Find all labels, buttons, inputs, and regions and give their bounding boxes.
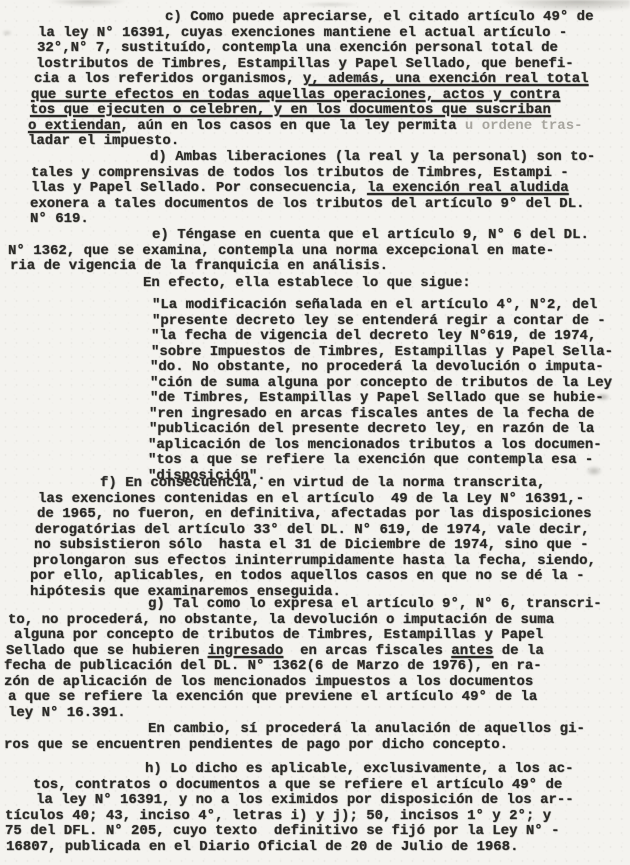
document-line: "do. No obstante, no procederá la devolu… [0,360,630,376]
document-line: to, no procederá, no obstante, la devolu… [0,613,630,629]
scan-smudge [48,0,128,7]
paragraph-c: c) Como puede apreciarse, el citado artí… [0,10,630,150]
document-line: tos que ejecuten o celebren, y en los do… [0,103,630,119]
document-line: por ello, aplicables, en todos aquellos … [0,569,630,585]
underlined-text: tos que ejecuten o celebren, y en los do… [30,102,551,118]
document-line: alguna por concepto de tributos de Timbr… [0,628,630,644]
document-line: llas y Papel Sellado. Por consecuencia, … [0,181,630,197]
document-line: N° 619. [0,212,630,228]
paragraph-f: f) En consecuencia, en virtud de la norm… [0,476,630,600]
quoted-provision: "La modificación señalada en el artículo… [0,298,630,484]
document-line: N° 1362, que se examina, contempla una n… [0,244,630,260]
text-segment: llas y Papel Sellado. Por consecuencia, [31,180,367,196]
text-segment: u ordene tras- [465,118,583,134]
text-segment: las exenciones contenidas en el artículo… [38,491,584,507]
text-segment: "de Timbres, Estampillas y Papel Sellado… [150,390,604,406]
text-segment: tículos 40; 43, inciso 4°, letras i) y j… [5,808,551,824]
text-segment: fecha de publicación del DL. N° 1362(6 d… [4,658,542,674]
text-segment: "presente decreto ley se entenderá regir… [152,313,606,329]
text-segment: 75 del DFL. N° 205, cuyo texto definitiv… [5,823,560,839]
text-segment: por ello, aplicables, en todos aquellos … [30,568,585,584]
document-line: exonera a tales documentos de los tribut… [0,197,630,213]
document-line: e) Téngase en cuenta que el artículo 9, … [0,228,630,244]
document-line: prolongaron sus efectos ininterrumpidame… [0,554,630,570]
document-line: "ren ingresado en arcas fiscales antes d… [0,407,630,423]
document-line: tículos 40; 43, inciso 4°, letras i) y j… [0,809,630,825]
document-line: zón de aplicación de los mencionados imp… [0,675,630,691]
document-line: "sobre Impuestos de Timbres, Estampillas… [0,345,630,361]
document-line: Sellado que se hubieren ingresado en arc… [0,644,630,660]
document-line: lostributos de Timbres, Estampillas y Pa… [0,57,630,73]
document-line: 16807, publicada en el Diario Oficial de… [0,840,630,856]
document-line: la ley N° 16391, y no a los eximidos por… [0,793,630,809]
text-segment: la ley N° 16391, cuyas exenciones mantie… [38,25,567,41]
text-segment: tales y comprensivas de todos los tribut… [31,165,569,181]
text-segment: de 1965, no fueron, en definitiva, afect… [37,506,592,522]
text-segment: prolongaron sus efectos ininterrumpidame… [33,553,596,569]
text-segment: g) Tal como lo expresa el artículo 9°, N… [148,596,602,612]
text-segment: exonera a tales documentos de los tribut… [30,196,585,212]
document-line: derogatórias del artículo 33° del DL. N°… [0,523,630,539]
text-segment: "ción de suma alguna por concepto de tri… [150,375,612,391]
underlined-text: antes [451,643,493,659]
text-segment: de la [493,643,543,659]
text-segment: c) Como puede apreciarse, el citado artí… [165,9,593,25]
text-segment: Sellado que se hubieren [6,643,208,659]
text-segment: zón de aplicación de los mencionados imp… [4,674,533,690]
text-segment: en arcas fiscales [283,643,451,659]
document-line: "aplicación de los mencionados tributos … [0,438,630,454]
text-segment: "la fecha de vigencia del decreto ley N°… [151,328,596,344]
text-segment: a que se refiere la exención que previen… [8,689,537,705]
document-line: a que se refiere la exención que previen… [0,690,630,706]
text-segment: ria de vigencia de la franquicia en anál… [10,258,388,274]
text-segment: no subsistieron sólo hasta el 31 de Dici… [34,537,589,553]
text-segment: lostributos de Timbres, Estampillas y Pa… [36,56,574,72]
text-segment: d) Ambas liberaciones (la real y la pers… [150,149,595,165]
text-segment: f) En consecuencia, en virtud de la norm… [100,475,545,491]
paragraph-h: h) Lo dicho es aplicable, exclusivamente… [0,762,630,855]
paragraph-en-cambio: En cambio, sí procederá la anulación de … [0,722,630,753]
text-segment: "tos a que se refiere la exención que co… [148,452,593,468]
document-line: tos, contratos o documentos a que se ref… [0,778,630,794]
text-segment: , aún en los casos en que la ley permita [120,118,464,134]
document-line: cia a los referidos organismos, y, ademá… [0,72,630,88]
text-segment: ley N° 16.391. [8,705,126,721]
document-line: g) Tal como lo expresa el artículo 9°, N… [0,597,630,613]
text-segment: ladar el impuesto. [28,133,179,149]
underlined-text: y, además, una exención real total [303,71,589,87]
document-line: no subsistieron sólo hasta el 31 de Dici… [0,538,630,554]
underlined-text: o extiendan [28,118,120,134]
document-line: 32°,N° 7, sustituído, contempla una exen… [0,41,630,57]
intro-line: En efecto, ella establece lo que sigue: [0,276,630,292]
document-line: ria de vigencia de la franquicia en anál… [0,259,630,275]
paragraph-g: g) Tal como lo expresa el artículo 9°, N… [0,597,630,721]
document-line: f) En consecuencia, en virtud de la norm… [0,476,630,492]
text-segment: En efecto, ella establece lo que sigue: [143,275,471,291]
text-segment: En cambio, sí procederá la anulación de … [148,721,585,737]
document-line: En efecto, ella establece lo que sigue: [0,276,630,292]
paragraph-e: e) Téngase en cuenta que el artículo 9, … [0,228,630,275]
text-segment: "do. No obstante, no procederá la devolu… [150,359,604,375]
document-line: ladar el impuesto. [0,134,630,150]
text-segment: 16807, publicada en el Diario Oficial de… [6,839,518,855]
text-segment: alguna por concepto de tributos de Timbr… [14,627,543,643]
document-line: las exenciones contenidas en el artículo… [0,492,630,508]
document-line: de 1965, no fueron, en definitiva, afect… [0,507,630,523]
text-segment: "sobre Impuestos de Timbres, Estampillas… [151,344,613,360]
document-line: tales y comprensivas de todos los tribut… [0,166,630,182]
underlined-text: ingresado [208,643,284,659]
text-segment: tos, contratos o documentos a que se ref… [33,777,562,793]
document-line: que surte efectos en todas aquellas oper… [0,88,630,104]
text-segment: "ren ingresado en arcas fiscales antes d… [149,406,594,422]
underlined-text: la exención real aludida [367,180,569,196]
text-segment: h) Lo dicho es aplicable, exclusivamente… [145,761,573,777]
document-line: 75 del DFL. N° 205, cuyo texto definitiv… [0,824,630,840]
document-line: h) Lo dicho es aplicable, exclusivamente… [0,762,630,778]
document-line: "publicación del presente decreto ley, e… [0,422,630,438]
document-line: ros que se encuentren pendientes de pago… [0,738,630,754]
text-segment: "La modificación señalada en el artículo… [152,297,597,313]
text-segment: "aplicación de los mencionados tributos … [148,437,602,453]
scan-smudge [300,2,360,7]
document-line: En cambio, sí procederá la anulación de … [0,722,630,738]
document-line: "tos a que se refiere la exención que co… [0,453,630,469]
underlined-text: que surte efectos en todas aquellas oper… [31,87,560,103]
text-segment: la ley N° 16391, y no a los eximidos por… [36,792,574,808]
text-segment: e) Téngase en cuenta que el artículo 9, … [152,227,589,243]
document-line: "la fecha de vigencia del decreto ley N°… [0,329,630,345]
text-segment: "publicación del presente decreto ley, e… [149,421,594,437]
text-segment: 32°,N° 7, sustituído, contempla una exen… [37,40,558,56]
document-page: c) Como puede apreciarse, el citado artí… [0,0,630,865]
document-line: "La modificación señalada en el artículo… [0,298,630,314]
text-segment: to, no procederá, no obstante, la devolu… [8,612,554,628]
text-segment: ros que se encuentren pendientes de pago… [4,737,508,753]
document-line: fecha de publicación del DL. N° 1362(6 d… [0,659,630,675]
document-line: "de Timbres, Estampillas y Papel Sellado… [0,391,630,407]
text-segment: N° 619. [30,211,89,227]
text-segment: cia a los referidos organismos, [34,71,303,87]
document-line: "ción de suma alguna por concepto de tri… [0,376,630,392]
document-line: la ley N° 16391, cuyas exenciones mantie… [0,26,630,42]
text-segment: derogatórias del artículo 33° del DL. N°… [35,522,590,538]
document-line: o extiendan, aún en los casos en que la … [0,119,630,135]
text-segment: N° 1362, que se examina, contempla una n… [8,243,554,259]
document-line: "presente decreto ley se entenderá regir… [0,314,630,330]
document-line: c) Como puede apreciarse, el citado artí… [0,10,630,26]
paragraph-d: d) Ambas liberaciones (la real y la pers… [0,150,630,228]
document-line: d) Ambas liberaciones (la real y la pers… [0,150,630,166]
document-line: ley N° 16.391. [0,706,630,722]
